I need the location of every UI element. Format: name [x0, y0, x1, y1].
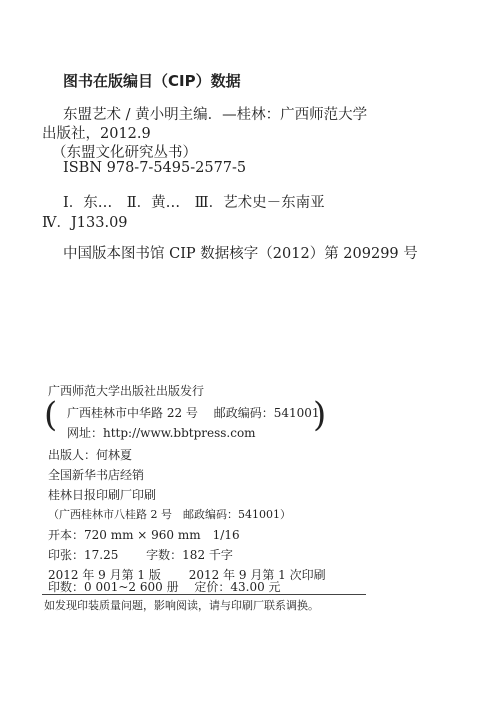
distributor: 全国新华书店经销 — [48, 466, 144, 483]
publisher-address: 广西桂林市中华路 22 号 邮政编码：541001 — [67, 404, 320, 421]
divider-rule — [42, 594, 366, 595]
format: 开本：720 mm × 960 mm 1/16 — [48, 526, 240, 543]
paren-left: ( — [44, 398, 57, 432]
print-run-price: 印数：0 001~2 600 册 定价：43.00 元 — [48, 578, 281, 595]
cip-record-number: 中国版本图书馆 CIP 数据核字（2012）第 209299 号 — [63, 242, 418, 263]
cip-title-line: 东盟艺术 / 黄小明主编．—桂林：广西师范大学 — [63, 103, 367, 124]
quality-notice: 如发现印装质量问题，影响阅读，请与印刷厂联系调换。 — [44, 597, 319, 613]
publisher-person: 出版人：何林夏 — [48, 446, 132, 463]
cip-publisher-line: 出版社，2012.9 — [42, 122, 151, 143]
paren-right: ) — [313, 398, 326, 432]
publisher-line: 广西师范大学出版社出版发行 — [48, 382, 204, 399]
sheets-words: 印张：17.25 字数：182 千字 — [48, 546, 233, 563]
publisher-website: 网址：http://www.bbtpress.com — [67, 424, 256, 441]
cip-classification: Ⅰ．东… Ⅱ．黄… Ⅲ．艺术史－东南亚 — [63, 191, 325, 212]
cip-isbn: ISBN 978-7-5495-2577-5 — [63, 160, 246, 176]
cip-title: 图书在版编目（CIP）数据 — [63, 70, 241, 91]
cip-class-number: Ⅳ．J133.09 — [42, 211, 128, 232]
printer-address: （广西桂林市八桂路 2 号 邮政编码：541001） — [48, 506, 291, 522]
cip-series-line: （东盟文化研究丛书） — [52, 141, 197, 162]
printer: 桂林日报印刷厂印刷 — [48, 486, 156, 503]
